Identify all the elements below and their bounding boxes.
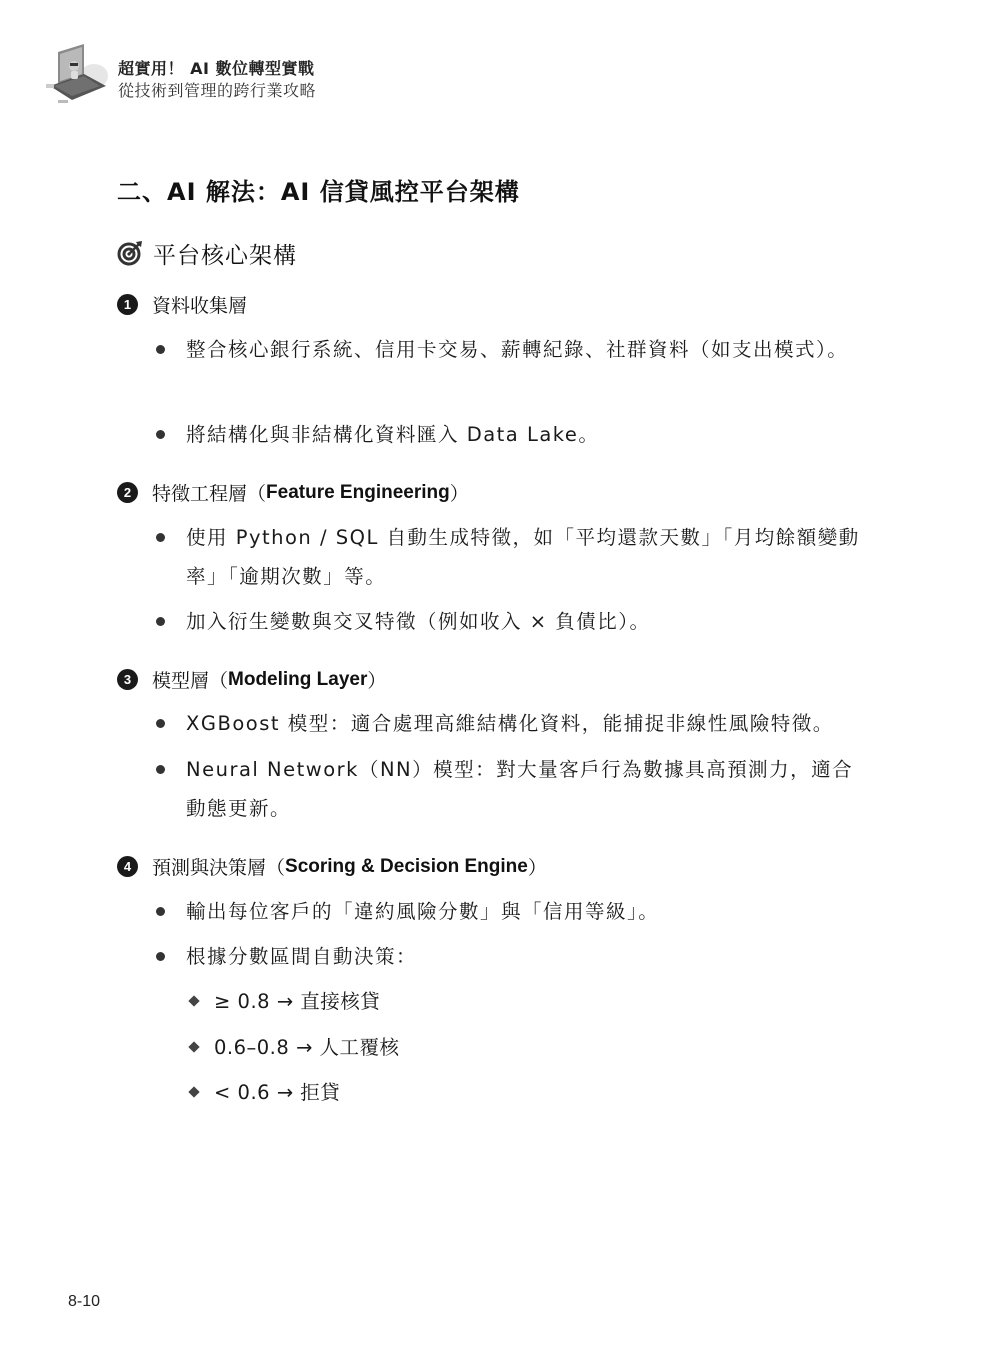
bullet-dot-icon <box>156 617 165 626</box>
list-item-text: Neural Network（NN）模型：對大量客戶行為數據具高預測力，適合動態… <box>186 750 868 828</box>
diamond-bullet-icon <box>188 1041 199 1052</box>
list-item: 使用 Python / SQL 自動生成特徵，如「平均還款天數」「月均餘額變動率… <box>156 518 868 596</box>
list-item-text: 將結構化與非結構化資料匯入 Data Lake。 <box>186 415 868 454</box>
list-item: XGBoost 模型：適合處理高維結構化資料，能捕捉非線性風險特徵。 <box>156 704 868 743</box>
list-item: 輸出每位客戶的「違約風險分數」與「信用等級」。 <box>156 892 868 931</box>
layer-heading-3: 3 模型層（ Modeling Layer ） <box>117 666 386 693</box>
page-number: 8-10 <box>68 1293 100 1311</box>
layer-title-zh: 資料收集層 <box>152 291 247 318</box>
sub-list-item: < 0.6 → 拒貸 <box>190 1078 340 1108</box>
diamond-bullet-icon <box>188 995 199 1006</box>
list-item-text: 整合核心銀行系統、信用卡交易、薪轉紀錄、社群資料（如支出模式）。 <box>186 330 868 369</box>
list-item: 根據分數區間自動決策： <box>156 937 868 976</box>
list-item-text: 輸出每位客戶的「違約風險分數」與「信用等級」。 <box>186 892 868 931</box>
layer-heading-2: 2 特徵工程層（ Feature Engineering ） <box>117 479 469 506</box>
number-badge-1-icon: 1 <box>117 294 138 315</box>
bullet-dot-icon <box>156 430 165 439</box>
bullet-dot-icon <box>156 719 165 728</box>
layer-title-en: Scoring & Decision Engine <box>285 856 528 878</box>
layer-title-en: Feature Engineering <box>266 482 450 504</box>
layer-title-en: Modeling Layer <box>228 669 367 691</box>
sub-list-item-text: ≥ 0.8 → 直接核貸 <box>214 990 380 1013</box>
sub-heading-text: 平台核心架構 <box>153 237 297 270</box>
list-item: Neural Network（NN）模型：對大量客戶行為數據具高預測力，適合動態… <box>156 750 868 828</box>
list-item-text: 使用 Python / SQL 自動生成特徵，如「平均還款天數」「月均餘額變動率… <box>186 518 868 596</box>
sub-heading: 平台核心架構 <box>117 236 297 270</box>
diamond-bullet-icon <box>188 1086 199 1097</box>
bullet-dot-icon <box>156 345 165 354</box>
laptop-robot-logo-icon <box>44 42 114 106</box>
layer-title-zh: 特徵工程層（ <box>152 479 266 506</box>
book-subtitle: 從技術到管理的跨行業攻略 <box>118 78 316 101</box>
sub-list-item: 0.6–0.8 → 人工覆核 <box>190 1033 400 1063</box>
bullet-dot-icon <box>156 907 165 916</box>
section-title: 二、AI 解法：AI 信貸風控平台架構 <box>117 172 520 207</box>
layer-title-close: ） <box>528 853 547 880</box>
list-item: 整合核心銀行系統、信用卡交易、薪轉紀錄、社群資料（如支出模式）。 <box>156 330 868 369</box>
layer-heading-4: 4 預測與決策層（ Scoring & Decision Engine ） <box>117 853 547 880</box>
list-item: 加入衍生變數與交叉特徵（例如收入 × 負債比）。 <box>156 602 868 641</box>
bullet-dot-icon <box>156 952 165 961</box>
layer-title-zh: 模型層（ <box>152 666 228 693</box>
sub-list-item-text: 0.6–0.8 → 人工覆核 <box>214 1036 400 1059</box>
layer-heading-1: 1 資料收集層 <box>117 291 247 318</box>
bullet-dot-icon <box>156 765 165 774</box>
sub-list-item: ≥ 0.8 → 直接核貸 <box>190 987 380 1017</box>
running-header: 超實用！ AI 數位轉型實戰 從技術到管理的跨行業攻略 <box>44 42 344 112</box>
layer-title-zh: 預測與決策層（ <box>152 853 285 880</box>
list-item-text: 加入衍生變數與交叉特徵（例如收入 × 負債比）。 <box>186 602 868 641</box>
book-title: 超實用！ AI 數位轉型實戰 <box>118 56 314 79</box>
number-badge-4-icon: 4 <box>117 856 138 877</box>
sub-list-item-text: < 0.6 → 拒貸 <box>214 1081 340 1104</box>
layer-title-close: ） <box>367 666 386 693</box>
target-icon <box>117 240 143 266</box>
list-item: 將結構化與非結構化資料匯入 Data Lake。 <box>156 415 868 454</box>
list-item-text: XGBoost 模型：適合處理高維結構化資料，能捕捉非線性風險特徵。 <box>186 704 868 743</box>
bullet-dot-icon <box>156 533 165 542</box>
number-badge-2-icon: 2 <box>117 482 138 503</box>
number-badge-3-icon: 3 <box>117 669 138 690</box>
list-item-text: 根據分數區間自動決策： <box>186 937 868 976</box>
layer-title-close: ） <box>450 479 469 506</box>
